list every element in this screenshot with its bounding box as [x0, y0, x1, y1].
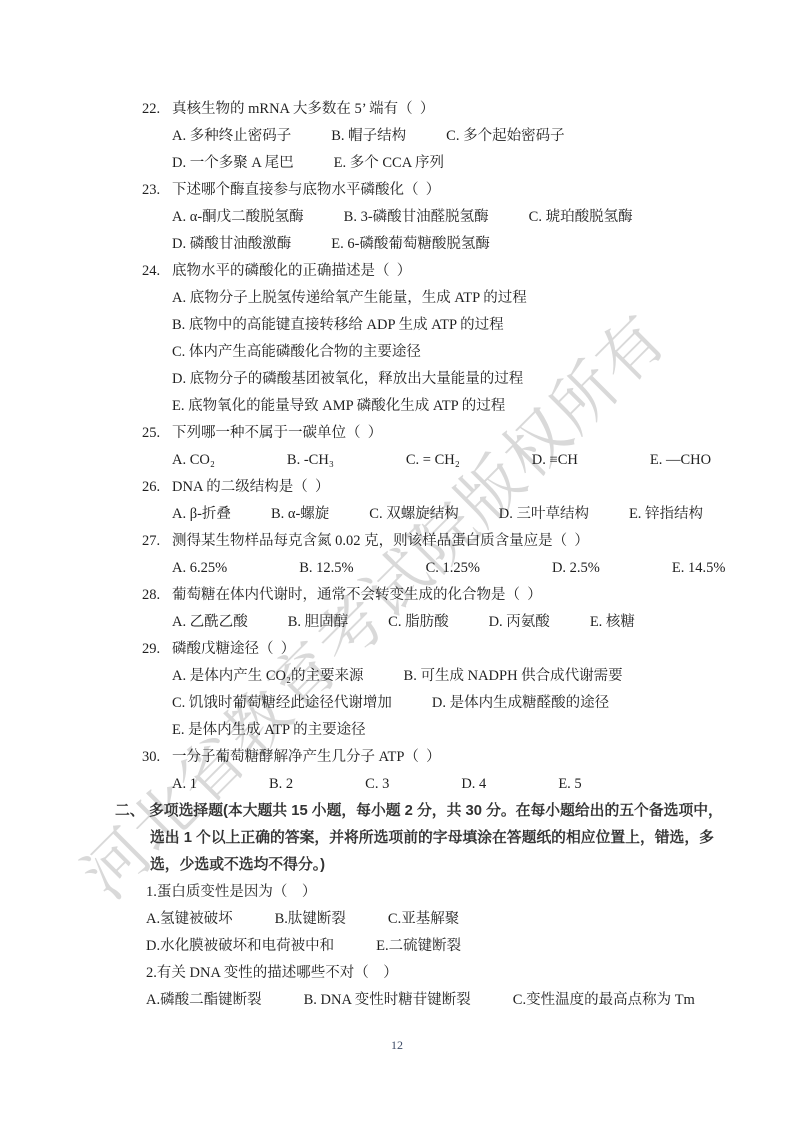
option-item: D. 三叶草结构: [499, 501, 589, 528]
question-stem-text: 1.蛋白质变性是因为（ ）: [146, 884, 316, 900]
option-item: D. 一个多聚 A 尾巴: [172, 150, 294, 177]
question-stem-line: 2.有关 DNA 变性的描述哪些不对（ ）: [146, 960, 794, 987]
option-item: C. 体内产生高能磷酸化合物的主要途径: [172, 339, 421, 366]
exam-page: 河北省教育考试院版权所有 22.真核生物的 mRNA 大多数在 5’ 端有（ ）…: [0, 0, 794, 1123]
question-stem-line: 27.测得某生物样品每克含氮 0.02 克，则该样品蛋白质含量应是（ ）: [142, 528, 794, 555]
option-row: B. 底物中的高能键直接转移给 ADP 生成 ATP 的过程: [172, 312, 794, 339]
option-item: D. 丙氨酸: [489, 609, 550, 636]
exam-content: 22.真核生物的 mRNA 大多数在 5’ 端有（ ）A. 多种终止密码子B. …: [0, 96, 794, 1014]
option-item: C. 多个起始密码子: [446, 123, 564, 150]
option-item: A. 6.25%: [172, 555, 227, 582]
question-stem-line: 22.真核生物的 mRNA 大多数在 5’ 端有（ ）: [142, 96, 794, 123]
option-item: A. 底物分子上脱氢传递给氧产生能量，生成 ATP 的过程: [172, 285, 527, 312]
option-row: A. 多种终止密码子B. 帽子结构C. 多个起始密码子: [172, 123, 794, 150]
option-item: C. 1.25%: [426, 555, 480, 582]
question-stem-text: 测得某生物样品每克含氮 0.02 克，则该样品蛋白质含量应是（ ）: [172, 533, 589, 549]
option-item: C.亚基解聚: [388, 906, 459, 933]
option-item: C. 饥饿时葡萄糖经此途径代谢增加: [172, 690, 392, 717]
question-stem-text: 底物水平的磷酸化的正确描述是（ ）: [172, 263, 411, 279]
option-row: A. 乙酰乙酸B. 胆固醇C. 脂肪酸D. 丙氨酸E. 核糖: [172, 609, 794, 636]
option-row: A. 底物分子上脱氢传递给氧产生能量，生成 ATP 的过程: [172, 285, 794, 312]
question-stem-line: 25.下列哪一种不属于一碳单位（ ）: [142, 420, 794, 447]
question-stem-line: 23.下述哪个酶直接参与底物水平磷酸化（ ）: [142, 177, 794, 204]
option-item: E. 多个 CCA 序列: [334, 150, 444, 177]
option-item: B. 12.5%: [299, 555, 353, 582]
question-stem-text: 下列哪一种不属于一碳单位（ ）: [172, 425, 382, 441]
question-stem-text: 真核生物的 mRNA 大多数在 5’ 端有（ ）: [172, 101, 434, 117]
option-item: E. 是体内生成 ATP 的主要途径: [172, 717, 366, 744]
option-item: E. 6-磷酸葡萄糖酸脱氢酶: [331, 231, 490, 258]
option-row: A.氢键被破坏B.肽键断裂C.亚基解聚: [146, 906, 794, 933]
option-item: B. 帽子结构: [331, 123, 406, 150]
question-number: 23.: [142, 177, 172, 204]
option-row: A. 1B. 2C. 3D. 4E. 5: [172, 771, 794, 798]
option-item: E. 底物氧化的能量导致 AMP 磷酸化生成 ATP 的过程: [172, 393, 505, 420]
question-stem-line: 26.DNA 的二级结构是（ ）: [142, 474, 794, 501]
option-item: B. 胆固醇: [288, 609, 348, 636]
option-item: A. 多种终止密码子: [172, 123, 291, 150]
option-row: C. 体内产生高能磷酸化合物的主要途径: [172, 339, 794, 366]
single-choice-section: 22.真核生物的 mRNA 大多数在 5’ 端有（ ）A. 多种终止密码子B. …: [115, 96, 794, 798]
option-item: B. -CH₃: [287, 447, 334, 474]
option-item: C. 双螺旋结构: [369, 501, 458, 528]
question-stem-text: 下述哪个酶直接参与底物水平磷酸化（ ）: [172, 182, 440, 198]
option-item: E.二硫键断裂: [376, 933, 461, 960]
question-number: 26.: [142, 474, 172, 501]
option-item: D. 2.5%: [552, 555, 600, 582]
option-item: E. 核糖: [590, 609, 635, 636]
option-item: C. 琥珀酸脱氢酶: [529, 204, 633, 231]
option-item: C.变性温度的最高点称为 Tm: [513, 987, 695, 1014]
question-number: 28.: [142, 582, 172, 609]
option-item: A. 是体内产生 CO₂的主要来源: [172, 663, 364, 690]
question-stem-line: 30.一分子葡萄糖酵解净产生几分子 ATP（ ）: [142, 744, 794, 771]
option-item: C. = CH₂: [406, 447, 460, 474]
option-item: D. 4: [461, 771, 486, 798]
question-stem-text: 2.有关 DNA 变性的描述哪些不对（ ）: [146, 965, 398, 981]
option-item: B. 底物中的高能键直接转移给 ADP 生成 ATP 的过程: [172, 312, 504, 339]
option-item: C. 3: [365, 771, 389, 798]
option-item: B. 可生成 NADPH 供合成代谢需要: [404, 663, 623, 690]
option-item: A. 乙酰乙酸: [172, 609, 248, 636]
option-item: E. 14.5%: [672, 555, 726, 582]
option-row: D. 一个多聚 A 尾巴E. 多个 CCA 序列: [172, 150, 794, 177]
option-item: A. CO₂: [172, 447, 215, 474]
option-item: A. β-折叠: [172, 501, 231, 528]
option-row: D. 磷酸甘油酸激酶E. 6-磷酸葡萄糖酸脱氢酶: [172, 231, 794, 258]
question-stem-text: 一分子葡萄糖酵解净产生几分子 ATP（ ）: [172, 749, 441, 765]
section-label: 二、: [115, 798, 149, 825]
question-stem-line: 29.磷酸戊糖途径（ ）: [142, 636, 794, 663]
option-item: E. 5: [558, 771, 581, 798]
question-number: 30.: [142, 744, 172, 771]
option-row: A. 6.25%B. 12.5%C. 1.25%D. 2.5%E. 14.5%: [172, 555, 794, 582]
section-header-line: 选出 1 个以上正确的答案，并将所选项前的字母填涂在答题纸的相应位置上，错选，多: [150, 825, 794, 852]
option-row: A. CO₂B. -CH₃C. = CH₂D. ≡CHE. —CHO: [172, 447, 794, 474]
option-row: A.磷酸二酯键断裂B. DNA 变性时糖苷键断裂C.变性温度的最高点称为 Tm: [146, 987, 794, 1014]
option-row: A. β-折叠B. α-螺旋C. 双螺旋结构D. 三叶草结构E. 锌指结构: [172, 501, 794, 528]
option-row: E. 底物氧化的能量导致 AMP 磷酸化生成 ATP 的过程: [172, 393, 794, 420]
question-stem-line: 1.蛋白质变性是因为（ ）: [146, 879, 794, 906]
option-item: E. 锌指结构: [629, 501, 703, 528]
section-header-text: 选，少选或不选均不得分。): [150, 857, 325, 873]
option-item: A.磷酸二酯键断裂: [146, 987, 262, 1014]
option-item: A. 1: [172, 771, 197, 798]
question-stem-text: 葡萄糖在体内代谢时，通常不会转变生成的化合物是（ ）: [172, 587, 542, 603]
page-number: 12: [0, 1038, 794, 1053]
option-item: B. 2: [269, 771, 293, 798]
option-item: C. 脂肪酸: [388, 609, 448, 636]
option-row: A. 是体内产生 CO₂的主要来源B. 可生成 NADPH 供合成代谢需要: [172, 663, 794, 690]
option-row: C. 饥饿时葡萄糖经此途径代谢增加D. 是体内生成糖醛酸的途径: [172, 690, 794, 717]
question-stem-line: 24.底物水平的磷酸化的正确描述是（ ）: [142, 258, 794, 285]
multi-choice-section-header: 二、多项选择题(本大题共 15 小题，每小题 2 分，共 30 分。在每小题给出…: [115, 798, 794, 879]
option-row: D. 底物分子的磷酸基团被氧化，释放出大量能量的过程: [172, 366, 794, 393]
multi-choice-section: 1.蛋白质变性是因为（ ）A.氢键被破坏B.肽键断裂C.亚基解聚D.水化膜被破坏…: [115, 879, 794, 1014]
question-stem-text: DNA 的二级结构是（ ）: [172, 479, 330, 495]
question-number: 29.: [142, 636, 172, 663]
section-header-line: 选，少选或不选均不得分。): [150, 852, 794, 879]
option-item: B. 3-磷酸甘油醛脱氢酶: [344, 204, 489, 231]
option-item: D. 底物分子的磷酸基团被氧化，释放出大量能量的过程: [172, 366, 523, 393]
question-stem-text: 磷酸戊糖途径（ ）: [172, 641, 295, 657]
question-number: 22.: [142, 96, 172, 123]
option-item: D. 磷酸甘油酸激酶: [172, 231, 291, 258]
option-item: B. α-螺旋: [271, 501, 329, 528]
option-row: D.水化膜被破坏和电荷被中和E.二硫键断裂: [146, 933, 794, 960]
option-item: B.肽键断裂: [275, 906, 346, 933]
option-item: A. α-酮戊二酸脱氢酶: [172, 204, 304, 231]
section-header-text: 多项选择题(本大题共 15 小题，每小题 2 分，共 30 分。在每小题给出的五…: [149, 803, 723, 819]
option-item: D. 是体内生成糖醛酸的途径: [432, 690, 609, 717]
option-row: A. α-酮戊二酸脱氢酶B. 3-磷酸甘油醛脱氢酶C. 琥珀酸脱氢酶: [172, 204, 794, 231]
section-header-text: 选出 1 个以上正确的答案，并将所选项前的字母填涂在答题纸的相应位置上，错选，多: [150, 830, 714, 846]
section-header-line: 二、多项选择题(本大题共 15 小题，每小题 2 分，共 30 分。在每小题给出…: [115, 798, 794, 825]
question-number: 24.: [142, 258, 172, 285]
option-row: E. 是体内生成 ATP 的主要途径: [172, 717, 794, 744]
option-item: E. —CHO: [650, 447, 711, 474]
question-number: 25.: [142, 420, 172, 447]
option-item: D.水化膜被破坏和电荷被中和: [146, 933, 334, 960]
question-stem-line: 28.葡萄糖在体内代谢时，通常不会转变生成的化合物是（ ）: [142, 582, 794, 609]
option-item: B. DNA 变性时糖苷键断裂: [304, 987, 471, 1014]
question-number: 27.: [142, 528, 172, 555]
option-item: D. ≡CH: [532, 447, 578, 474]
option-item: A.氢键被破坏: [146, 906, 233, 933]
